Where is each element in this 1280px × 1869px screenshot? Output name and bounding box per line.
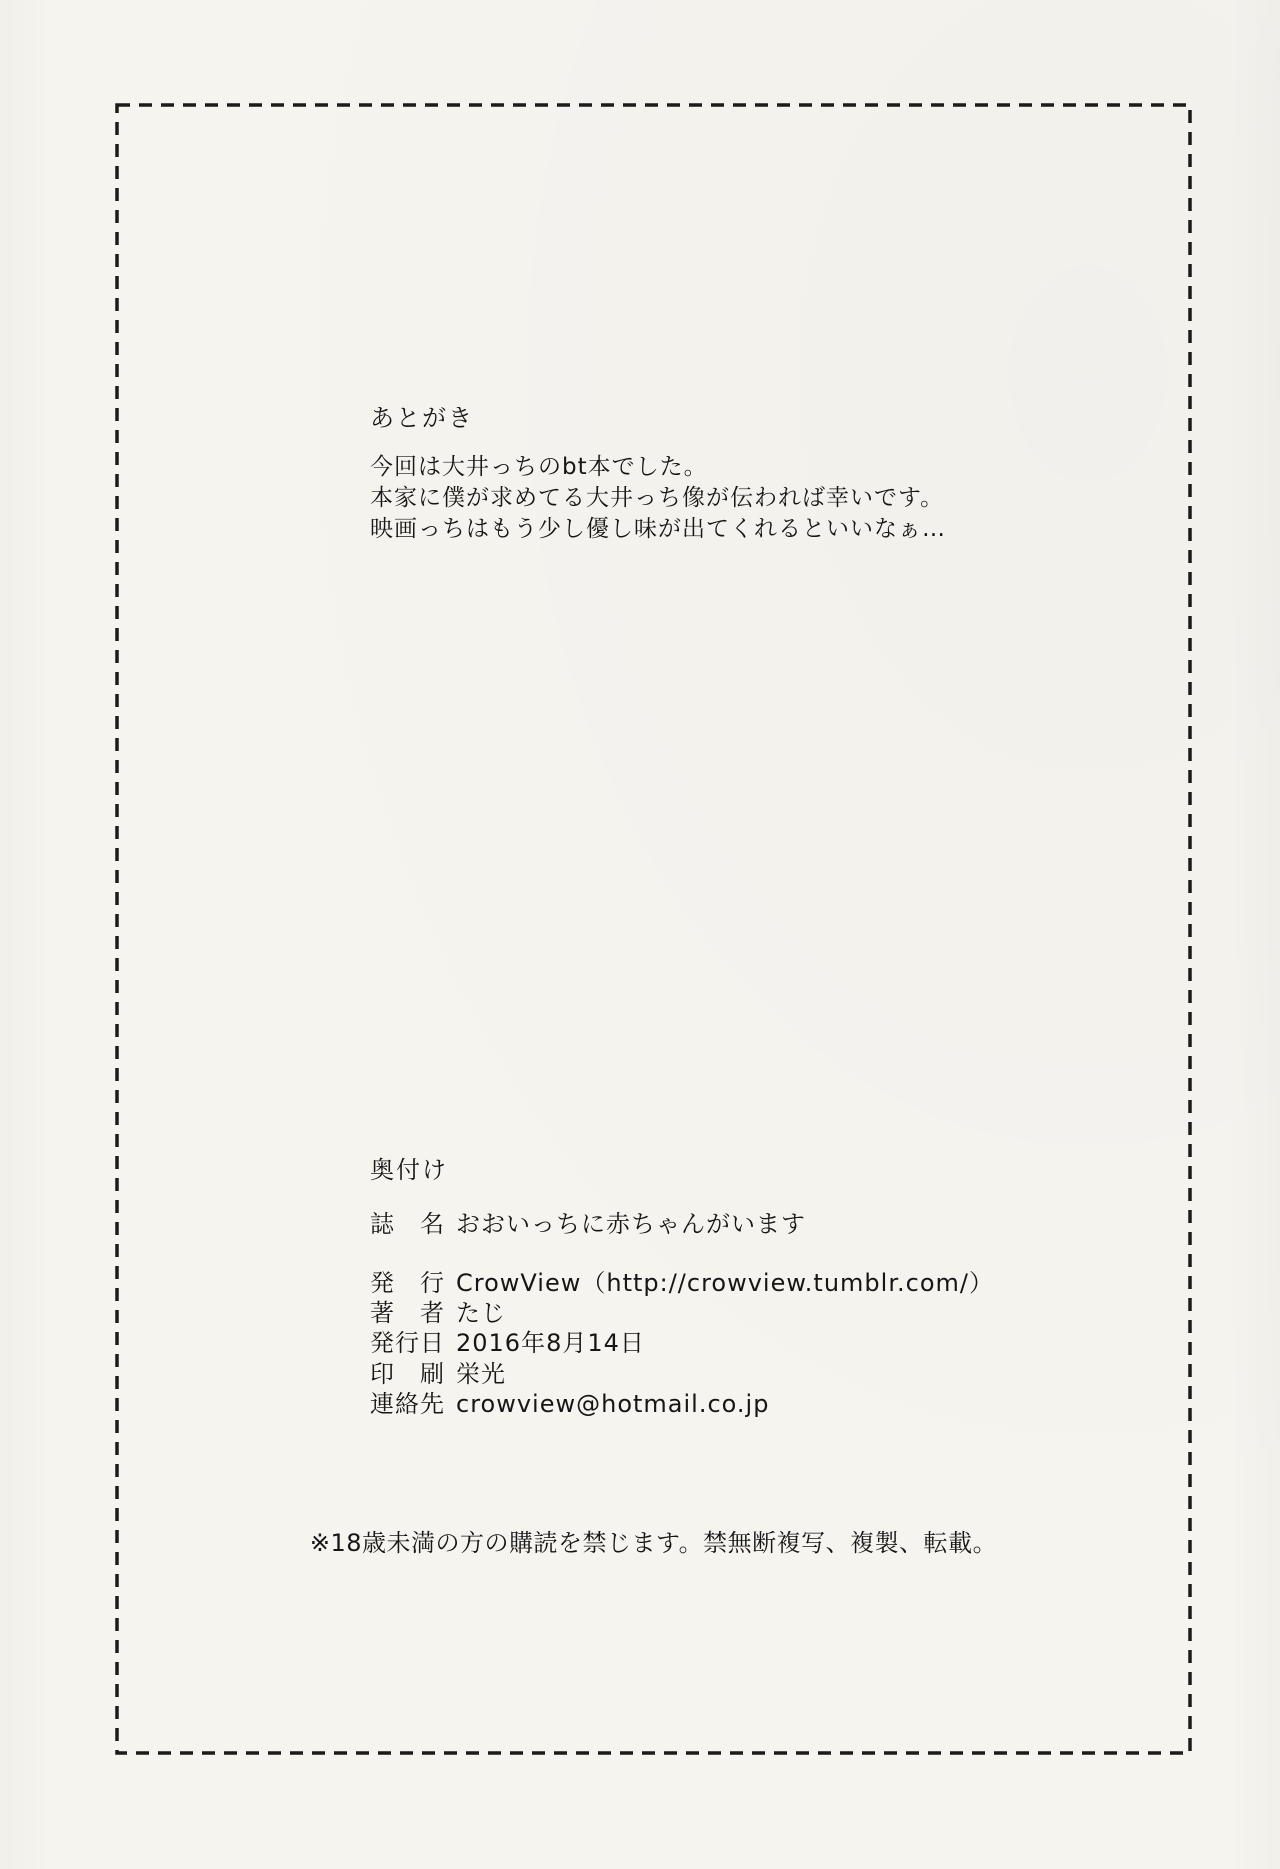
colophon-label-date: 発行日 (370, 1323, 446, 1358)
colophon-value-publisher: CrowView（http://crowview.tumblr.com/） (456, 1263, 994, 1298)
colophon-row-title: 誌 名 おおいっちに赤ちゃんがいます (370, 1204, 806, 1239)
colophon-value-date: 2016年8月14日 (456, 1323, 645, 1358)
afterword-line: 本家に僕が求めてる大井っち像が伝われば幸いです。 (370, 483, 946, 514)
afterword-line: 映画っちはもう少し優し味が出てくれるといいなぁ… (370, 514, 946, 545)
colophon-label-contact: 連絡先 (370, 1384, 446, 1419)
afterword-paragraph: 今回は大井っちのbt本でした。 本家に僕が求めてる大井っち像が伝われば幸いです。… (370, 452, 946, 545)
colophon-row-contact: 連絡先 crowview@hotmail.co.jp (370, 1384, 769, 1419)
colophon-label-title: 誌 名 (370, 1204, 446, 1239)
colophon-value-title: おおいっちに赤ちゃんがいます (456, 1204, 806, 1239)
afterword-line: 今回は大井っちのbt本でした。 (370, 452, 946, 483)
dashed-border (115, 103, 1192, 1755)
colophon-heading: 奥付け (370, 1150, 448, 1185)
colophon-value-contact: crowview@hotmail.co.jp (456, 1390, 769, 1418)
age-restriction-notice: ※18歳未満の方の購読を禁じます。禁無断複写、複製、転載。 (117, 1523, 1190, 1558)
afterword-heading: あとがき (370, 398, 474, 433)
colophon-row-date: 発行日 2016年8月14日 (370, 1323, 645, 1358)
